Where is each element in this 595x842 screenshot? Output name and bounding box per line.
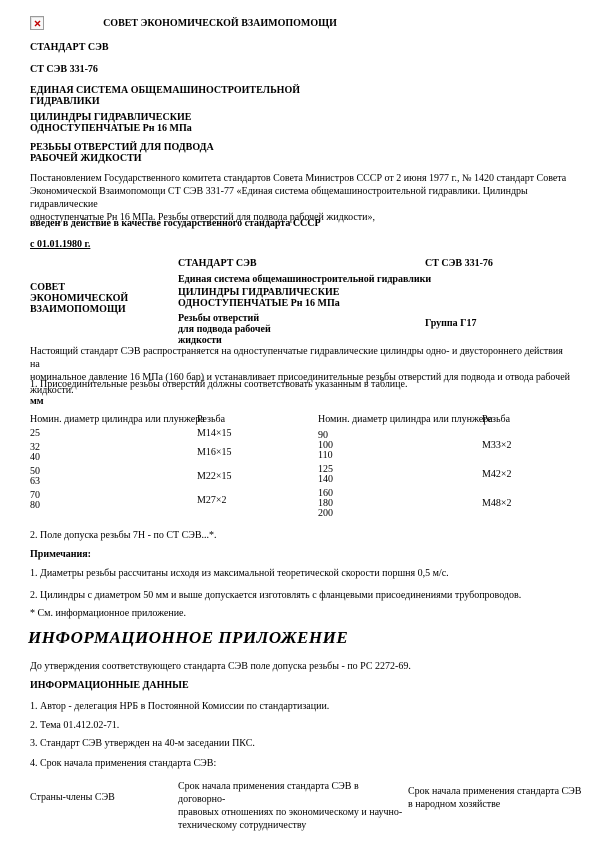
page-title: СОВЕТ ЭКОНОМИЧЕСКОЙ ВЗАИМОПОМОЩИ (30, 18, 410, 30)
col-header-diameter-left: Номин. диаметр цилиндра или плунжера (30, 414, 205, 425)
notes-title: Примечания: (30, 548, 91, 561)
table-row: 125 140 М42×2 (318, 465, 580, 485)
thread-table-left: 25 М14×15 32 40 М16×15 50 63 М22×15 70 8… (30, 429, 292, 515)
block-standard-number: СТ СЭВ 331-76 (425, 258, 493, 269)
table-row: 50 63 М22×15 (30, 467, 292, 487)
table-row: 25 М14×15 (30, 429, 292, 439)
clause-2: 2. Поле допуска резьбы 7Н - по СТ СЭВ...… (30, 529, 570, 542)
appendix-intro: До утверждения соответствующего стандарт… (30, 660, 570, 673)
col-legal-relations: Срок начала применения стандарта СЭВ в д… (178, 780, 403, 832)
org-name: СОВЕТ ЭКОНОМИЧЕСКОЙ ВЗАИМОПОМОЩИ (30, 282, 128, 315)
table-row: 160 180 200 М48×2 (318, 489, 580, 519)
footnote: * См. информационное приложение. (30, 607, 570, 620)
diameter-values: 160 180 200 (318, 489, 482, 519)
document-page: СОВЕТ ЭКОНОМИЧЕСКОЙ ВЗАИМОПОМОЩИ СТАНДАР… (0, 0, 595, 842)
enacted-line: введен в действие в качестве государстве… (30, 217, 570, 230)
units-label: мм (30, 395, 44, 408)
col-national-economy: Срок начала применения стандарта СЭВ в н… (408, 785, 595, 811)
note-2: 2. Цилиндры с диаметром 50 мм и выше доп… (30, 589, 570, 602)
thread-value: М16×15 (197, 448, 232, 458)
diameter-values: 125 140 (318, 465, 482, 485)
thread-value: М14×15 (197, 429, 232, 439)
standard-label: СТАНДАРТ СЭВ (30, 42, 109, 53)
info-item-approved: 3. Стандарт СЭВ утвержден на 40-м заседа… (30, 737, 570, 750)
thread-value: М42×2 (482, 470, 512, 480)
col-header-thread-right: Резьба (482, 414, 510, 425)
col-header-thread-left: Резьба (197, 414, 225, 425)
system-title: ЕДИНАЯ СИСТЕМА ОБЩЕМАШИНОСТРОИТЕЛЬНОЙ ГИ… (30, 85, 300, 107)
appendix-heading: ИНФОРМАЦИОННОЕ ПРИЛОЖЕНИЕ (28, 628, 348, 647)
diameter-values: 70 80 (30, 491, 197, 511)
info-item-author: 1. Автор - делегация НРБ в Постоянной Ко… (30, 700, 570, 713)
note-1: 1. Диаметры резьбы рассчитаны исходя из … (30, 567, 570, 580)
diameter-values: 32 40 (30, 443, 197, 463)
info-data-title: ИНФОРМАЦИОННЫЕ ДАННЫЕ (30, 679, 189, 692)
application-table: Страны-члены СЭВ Срок начала применения … (30, 780, 575, 825)
info-item-terms: 4. Срок начала применения стандарта СЭВ: (30, 757, 570, 770)
standard-number: СТ СЭВ 331-76 (30, 64, 98, 75)
info-item-theme: 2. Тема 01.412.02-71. (30, 719, 570, 732)
col-header-diameter-right: Номин. диаметр цилиндра или плунжера (318, 414, 493, 425)
topic-title: РЕЗЬБЫ ОТВЕРСТИЙ ДЛЯ ПОДВОДА РАБОЧЕЙ ЖИД… (30, 142, 214, 164)
subject-title: ЦИЛИНДРЫ ГИДРАВЛИЧЕСКИЕ ОДНОСТУПЕНЧАТЫЕ … (30, 112, 192, 134)
thread-value: М33×2 (482, 441, 512, 451)
block-subject-title: ЦИЛИНДРЫ ГИДРАВЛИЧЕСКИЕ ОДНОСТУПЕНЧАТЫЕ … (178, 287, 340, 309)
thread-value: М48×2 (482, 499, 512, 509)
group-label: Группа Г17 (425, 318, 477, 329)
diameter-values: 90 100 110 (318, 431, 482, 461)
block-system-title: Единая система общемашиностроительной ги… (178, 274, 431, 285)
thread-value: М27×2 (197, 496, 227, 506)
table-row: 32 40 М16×15 (30, 443, 292, 463)
col-countries: Страны-члены СЭВ (30, 791, 115, 804)
block-topic-title: Резьбы отверстий для подвода рабочей жид… (178, 313, 271, 346)
clause-1: 1. Присоединительные резьбы отверстий до… (30, 378, 570, 391)
diameter-values: 50 63 (30, 467, 197, 487)
diameter-values: 25 (30, 429, 197, 439)
block-standard-label: СТАНДАРТ СЭВ (178, 258, 257, 269)
table-row: 90 100 110 М33×2 (318, 431, 580, 461)
title-block: СОВЕТ ЭКОНОМИЧЕСКОЙ ВЗАИМОПОМОЩИ СТАНДАР… (30, 256, 565, 348)
thread-table-right: 90 100 110 М33×2 125 140 М42×2 160 180 2… (318, 431, 580, 523)
effective-date: с 01.01.1980 г. (30, 238, 90, 251)
thread-value: М22×15 (197, 472, 232, 482)
thread-table-header: Номин. диаметр цилиндра или плунжера Рез… (30, 414, 575, 427)
table-row: 70 80 М27×2 (30, 491, 292, 511)
